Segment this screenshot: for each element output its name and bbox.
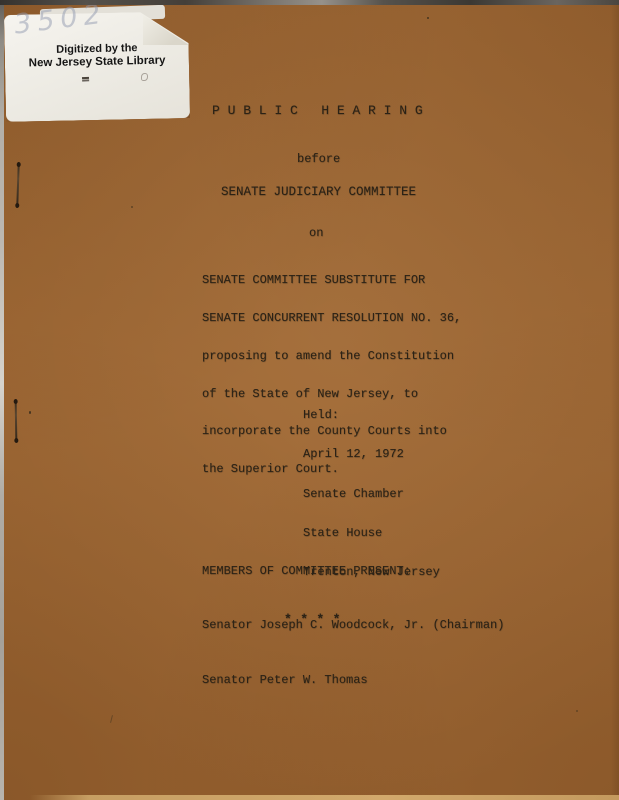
- members-heading: MEMBERS OF COMMITTEE PRESENT:: [202, 562, 504, 580]
- hearing-date: April 12, 1972: [303, 448, 440, 461]
- dust-speck: [576, 710, 578, 712]
- before-label: before: [297, 152, 340, 166]
- subject-line: proposing to amend the Constitution: [202, 350, 461, 363]
- committee-name: SENATE JUDICIARY COMMITTEE: [221, 185, 416, 199]
- subject-line: SENATE COMMITTEE SUBSTITUTE FOR: [202, 274, 461, 287]
- scratch-mark: [110, 715, 113, 723]
- member-name: Senator Peter W. Thomas: [202, 671, 504, 689]
- sticker-text: Digitized by the New Jersey State Librar…: [22, 42, 172, 69]
- dust-speck: [29, 411, 31, 414]
- underlying-page-edge: [30, 795, 619, 800]
- members-present-block: MEMBERS OF COMMITTEE PRESENT: Senator Jo…: [202, 525, 504, 726]
- page-title: P U B L I C H E A R I N G: [212, 103, 423, 118]
- scan-top-edge: [0, 0, 619, 5]
- scan-right-edge-shadow: [611, 0, 619, 800]
- staple: [16, 164, 19, 206]
- subject-line: SENATE CONCURRENT RESOLUTION NO. 36,: [202, 312, 461, 325]
- staple: [15, 401, 18, 441]
- held-label: Held:: [303, 409, 440, 422]
- scanned-document-page: 3502 Digitized by the New Jersey State L…: [0, 0, 619, 800]
- sticker-small-mark: [141, 73, 148, 81]
- dust-speck: [131, 206, 133, 208]
- dust-speck: [427, 17, 429, 19]
- hearing-venue: Senate Chamber: [303, 488, 440, 501]
- member-name: Senator Joseph C. Woodcock, Jr. (Chairma…: [202, 616, 504, 634]
- scan-left-edge: [0, 0, 4, 800]
- on-label: on: [309, 226, 323, 240]
- star-divider: * * * *: [284, 612, 341, 627]
